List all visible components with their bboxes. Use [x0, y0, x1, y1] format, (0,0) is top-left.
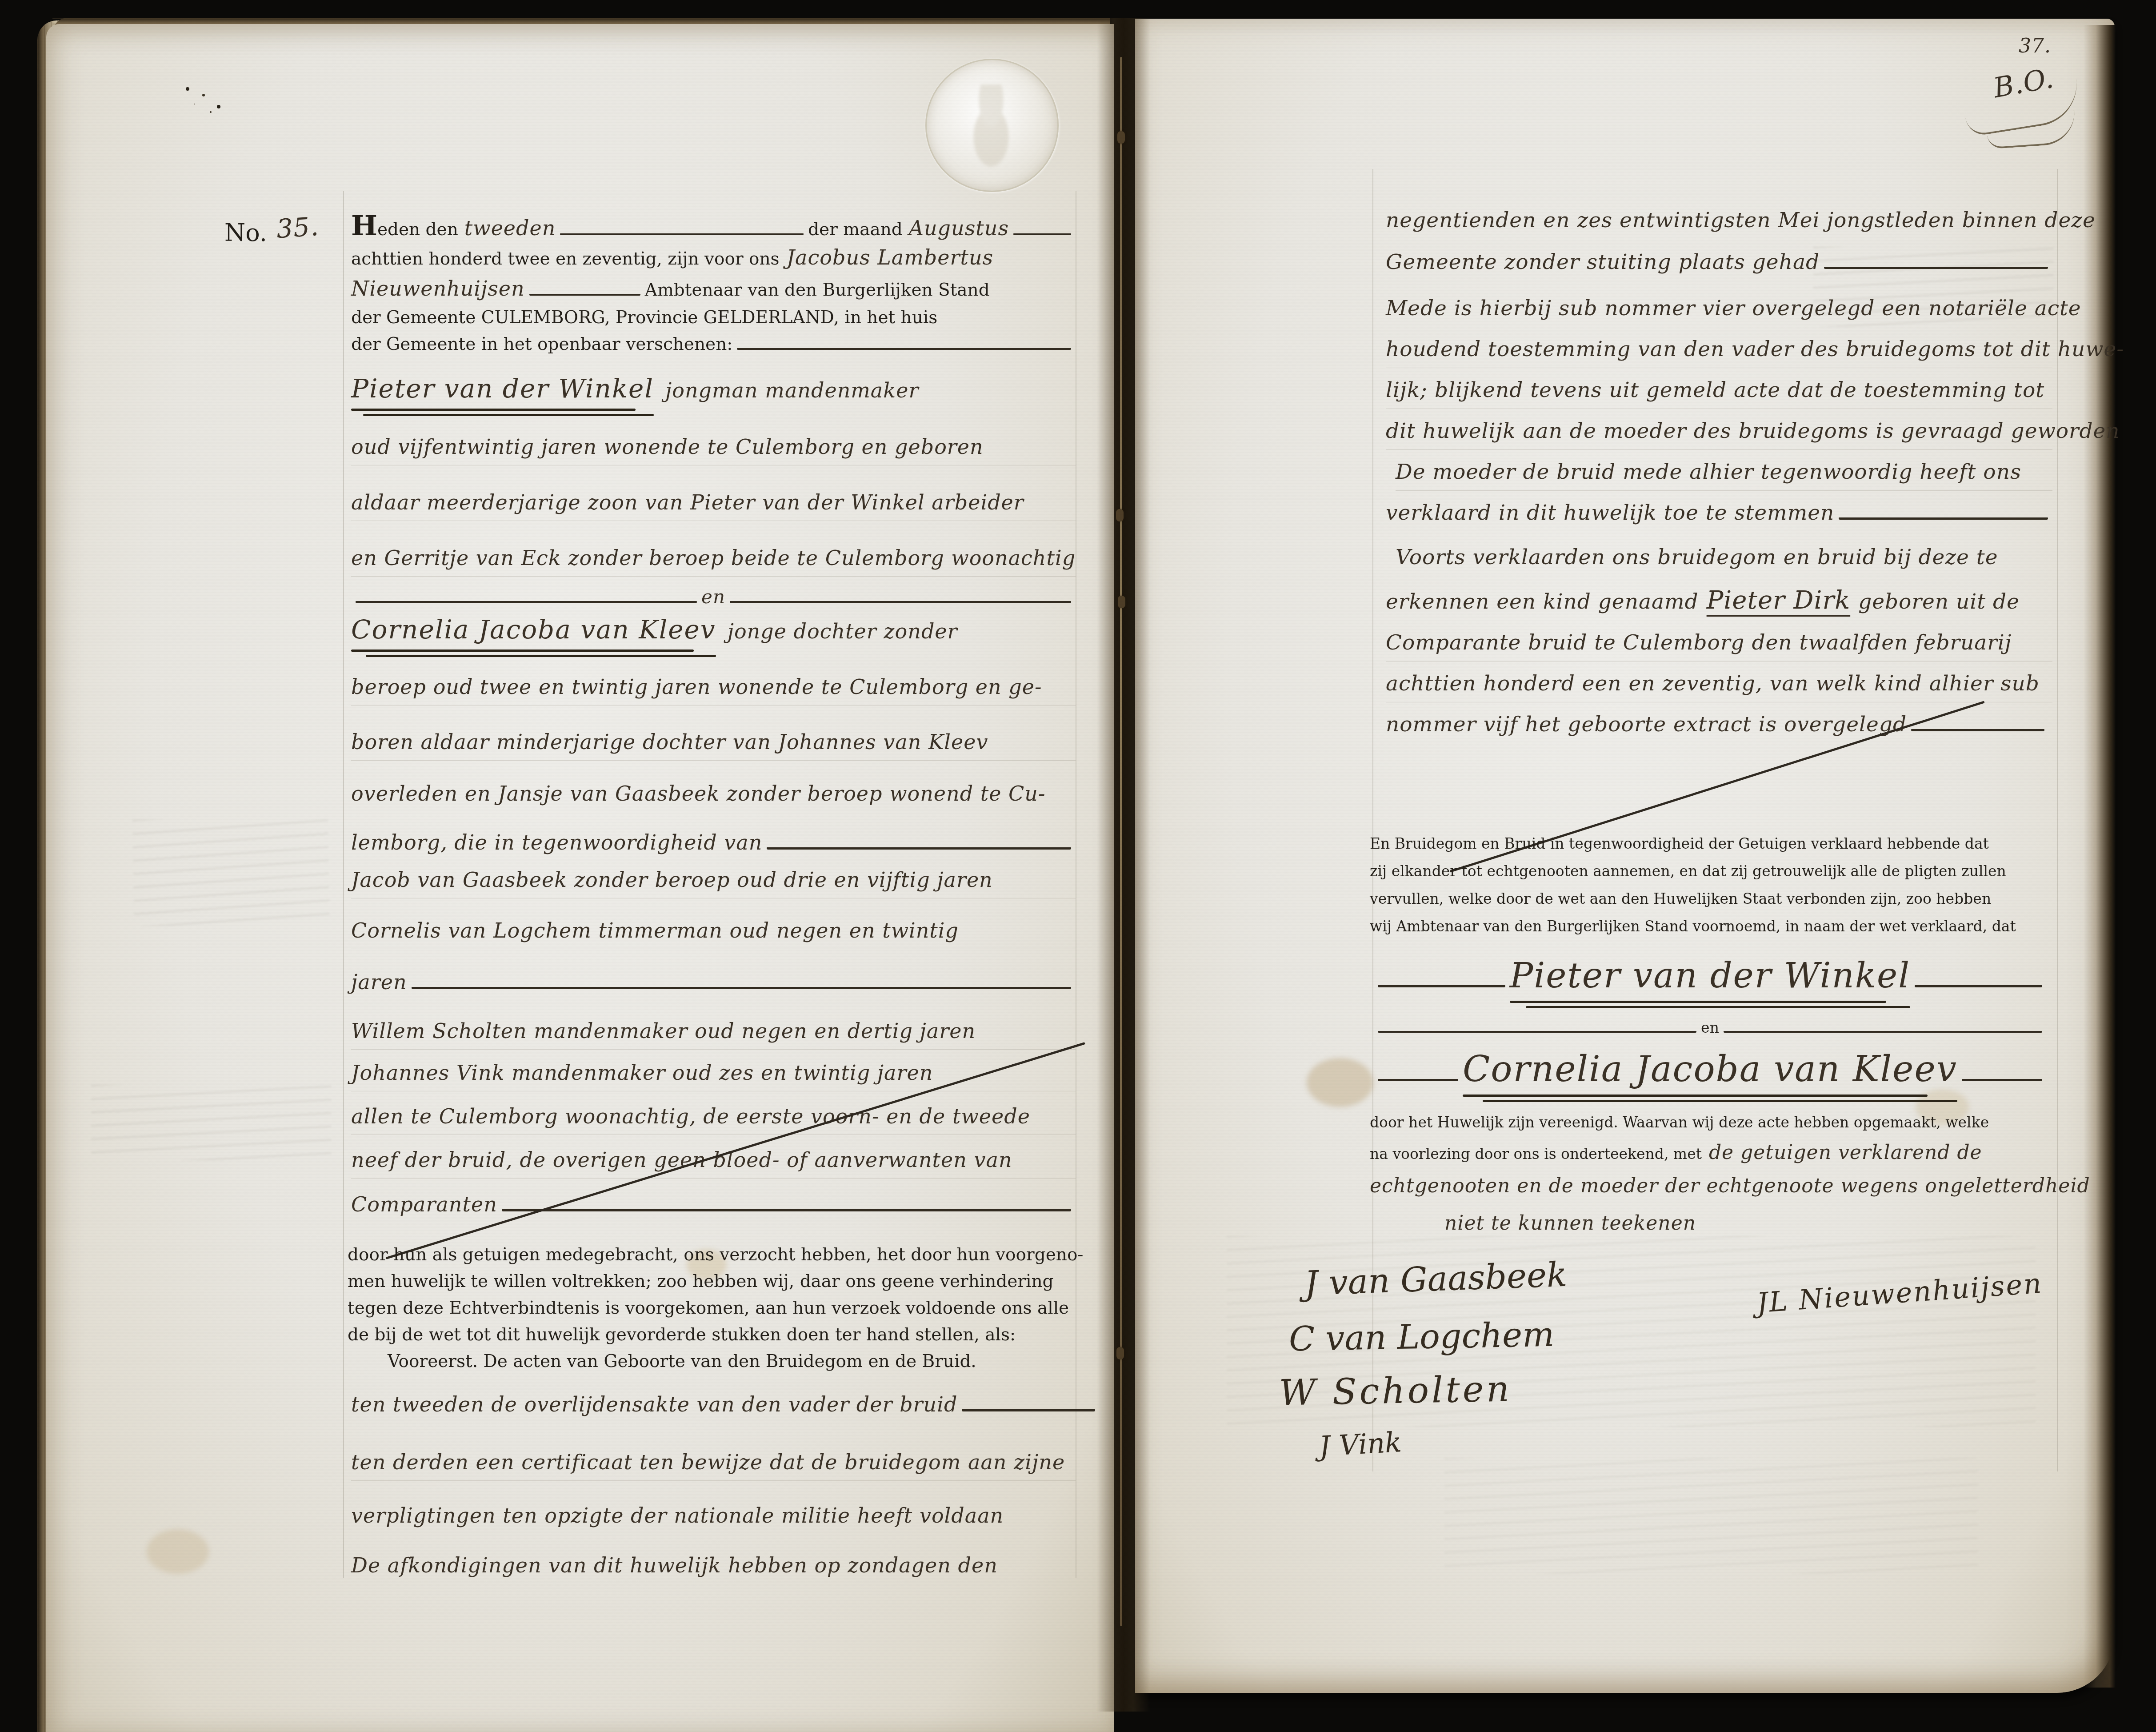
ink-rule — [1013, 233, 1071, 235]
intro-line-5: der Gemeente in het openbaar verschenen: — [351, 334, 1076, 354]
consent-line: houdend toestemming van den vader des br… — [1386, 337, 2052, 368]
documents-line: De afkondigingen van dit huwelijk hebben… — [351, 1553, 1076, 1577]
groom-name-declaration: Pieter van der Winkel — [1373, 956, 2047, 996]
printed-text: Ambtenaar van den Burgerlijken Stand — [645, 280, 990, 300]
handwritten-text: jonge dochter zonder — [728, 619, 958, 643]
handwritten-day: tweeden — [464, 216, 556, 240]
handwritten-text: aldaar meerderjarige zoon van Pieter van… — [351, 490, 1024, 514]
printed-text: der Gemeente CULEMBORG, Provincie GELDER… — [351, 308, 937, 328]
handwritten-text: Cornelis van Logchem timmerman oud negen… — [351, 918, 959, 942]
handwritten-registrar-surname: Nieuwenhuijsen — [351, 277, 525, 301]
witness-signature: J Vink — [1318, 1426, 1402, 1463]
binding-thread-knot — [1118, 596, 1125, 608]
stain — [1307, 1058, 1373, 1107]
right-page-outer-edge — [2084, 25, 2116, 1688]
handwritten-text: De moeder de bruid mede alhier tegenwoor… — [1396, 460, 2021, 484]
bleed-through-text — [132, 816, 330, 926]
folio-number: 37. — [2019, 35, 2051, 57]
witness-line: Jacob van Gaasbeek zonder beroep oud dri… — [351, 868, 1076, 898]
ink-specks — [186, 87, 189, 91]
printed-text: door het Huwelijk zijn vereenigd. Waarva… — [1370, 1114, 1989, 1131]
book-gutter — [1097, 18, 1150, 1712]
handwritten-text: echtgenooten en de moeder der echtgenoot… — [1370, 1175, 2090, 1197]
closing-line: door het Huwelijk zijn vereenigd. Waarva… — [1370, 1114, 2050, 1131]
stain — [147, 1529, 209, 1574]
handwritten-text: ten tweeden de overlijdensakte van den v… — [351, 1392, 957, 1416]
handwritten-text: De afkondigingen van dit huwelijk hebben… — [351, 1553, 998, 1577]
ink-rule — [1824, 266, 2048, 269]
witness-line: neef der bruid, de overigen geen bloed- … — [351, 1148, 1076, 1179]
handwritten-text: Jacob van Gaasbeek zonder beroep oud dri… — [351, 868, 993, 892]
connector-line: en — [351, 586, 1076, 608]
printed-text: Heden den — [351, 209, 458, 242]
connector-word: en — [1701, 1019, 1719, 1036]
handwritten-text: verklaard in dit huwelijk toe te stemmen — [1386, 501, 1834, 525]
handwritten-text: Johannes Vink mandenmaker oud zes en twi… — [351, 1061, 933, 1085]
printed-text: der Gemeente in het openbaar verschenen: — [351, 334, 732, 354]
handwritten-text: allen te Culemborg woonachtig, de eerste… — [351, 1104, 1030, 1128]
binding-thread — [1120, 57, 1122, 1626]
bride-name-declaration: Cornelia Jacoba van Kleev — [1373, 1048, 2047, 1090]
handwritten-text: jongman mandenmaker — [665, 378, 919, 402]
groom-line: en Gerritje van Eck zonder beroep beide … — [351, 546, 1076, 577]
handwritten-text: Comparante bruid te Culemborg den twaalf… — [1386, 630, 2012, 655]
vows-printed-line: En Bruidegom en Bruid in tegenwoordighei… — [1370, 835, 2050, 852]
printed-text: na voorlezing door ons is onderteekend, … — [1370, 1145, 1702, 1163]
documents-line: ten tweeden de overlijdensakte van den v… — [351, 1392, 1076, 1416]
form-rule-line — [2057, 169, 2058, 1471]
connector-line: en — [1373, 1019, 2047, 1037]
documents-line: ten derden een certificaat ten bewijze d… — [351, 1450, 1076, 1481]
printed-text: En Bruidegom en Bruid in tegenwoordighei… — [1370, 835, 1989, 852]
handwritten-text: negentienden en zes entwintigsten Mei jo… — [1386, 208, 2096, 233]
handwritten-text: niet te kunnen teekenen — [1444, 1212, 1696, 1235]
witness-line: jaren — [351, 970, 1076, 994]
printed-text: achttien honderd twee en zeventig, zijn … — [351, 249, 780, 269]
consent-line: verklaard in dit huwelijk toe te stemmen — [1386, 501, 2052, 525]
child-recognition-line: nommer vijf het geboorte extract is over… — [1386, 712, 2052, 737]
bleed-through-text — [1444, 1458, 1978, 1574]
handwritten-registrar-firstnames: Jacobus Lambertus — [787, 245, 994, 269]
handwritten-text: jaren — [351, 970, 407, 994]
handwritten-text: houdend toestemming van den vader des br… — [1386, 337, 2124, 361]
intro-line-4: der Gemeente CULEMBORG, Provincie GELDER… — [351, 308, 1076, 328]
child-recognition-line: Comparante bruid te Culemborg den twaalf… — [1386, 630, 2052, 662]
binding-thread-knot — [1116, 509, 1124, 521]
printed-text: tegen deze Echtverbindtenis is voorgekom… — [348, 1298, 1069, 1318]
ink-rule — [1839, 517, 2048, 520]
child-recognition-line: achttien honderd een en zeventig, van we… — [1386, 671, 2052, 702]
handwritten-text: Willem Scholten mandenmaker oud negen en… — [351, 1019, 976, 1043]
handwritten-text: Comparanten — [351, 1192, 497, 1216]
connector-word: en — [701, 586, 725, 608]
handwritten-text: achttien honderd een en zeventig, van we… — [1386, 671, 2040, 696]
vows-printed-line: wij Ambtenaar van den Burgerlijken Stand… — [1370, 918, 2050, 935]
handwritten-text: nommer vijf het geboorte extract is over… — [1386, 712, 1907, 737]
child-name: Pieter Dirk — [1707, 586, 1850, 615]
handwritten-text: verpligtingen ten opzigte der nationale … — [351, 1503, 1004, 1528]
ink-rule — [767, 847, 1071, 850]
handwritten-text: erkennen een kind genaamd — [1386, 589, 1699, 614]
ink-rule — [730, 601, 1071, 603]
printed-text: Vooreerst. De acten van Geboorte van den… — [388, 1351, 976, 1371]
consent-line: dit huwelijk aan de moeder des bruidegom… — [1386, 419, 2052, 450]
intro-line-1: Heden den tweeden der maand Augustus — [351, 209, 1076, 242]
printed-paragraph-line: Vooreerst. De acten van Geboorte van den… — [388, 1351, 1080, 1371]
printed-paragraph-line: tegen deze Echtverbindtenis is voorgekom… — [348, 1298, 1080, 1318]
embossed-seal-crest — [960, 84, 1022, 169]
printed-text: der maand — [808, 220, 903, 240]
printed-text: wij Ambtenaar van den Burgerlijken Stand… — [1370, 918, 2016, 935]
bride-name: Cornelia Jacoba van Kleev — [1463, 1048, 1957, 1090]
bride-line: overleden en Jansje van Gaasbeek zonder … — [351, 782, 1076, 812]
groom-name: Pieter van der Winkel — [351, 373, 654, 404]
consent-line: lijk; blijkend tevens uit gemeld acte da… — [1386, 378, 2052, 409]
printed-paragraph-line: de bij de wet tot dit huwelijk gevorderd… — [348, 1325, 1080, 1345]
ink-rule — [1378, 1078, 1458, 1081]
bleed-through-text — [91, 1085, 331, 1160]
proclamation-line: negentienden en zes entwintigsten Mei jo… — [1386, 208, 2052, 239]
act-number-value: 35. — [276, 211, 320, 244]
handwritten-text: lijk; blijkend tevens uit gemeld acte da… — [1386, 378, 2044, 402]
closing-line: echtgenooten en de moeder der echtgenoot… — [1370, 1175, 2050, 1197]
witness-line: Willem Scholten mandenmaker oud negen en… — [351, 1019, 1076, 1050]
consent-line: De moeder de bruid mede alhier tegenwoor… — [1396, 460, 2052, 491]
binding-thread-knot — [1116, 1347, 1124, 1359]
bride-name: Cornelia Jacoba van Kleev — [351, 614, 716, 645]
closing-line: na voorlezing door ons is onderteekend, … — [1370, 1141, 2050, 1164]
ink-rule — [1724, 1030, 2042, 1033]
bride-line: beroep oud twee en twintig jaren wonende… — [351, 675, 1076, 706]
handwritten-text: lemborg, die in tegenwoordigheid van — [351, 830, 762, 854]
handwritten-text: de getuigen verklarend de — [1709, 1141, 1982, 1164]
child-recognition-line: Voorts verklaarden ons bruidegom en brui… — [1396, 545, 2052, 576]
ink-rule — [412, 986, 1071, 989]
ink-rule — [1962, 1078, 2042, 1081]
witness-line: Johannes Vink mandenmaker oud zes en twi… — [351, 1061, 1076, 1091]
ink-rule — [737, 348, 1071, 350]
bride-line: lemborg, die in tegenwoordigheid van — [351, 830, 1076, 854]
ink-rule — [962, 1409, 1095, 1411]
proclamation-line: Gemeente zonder stuiting plaats gehad — [1386, 250, 2052, 274]
groom-line: oud vijfentwintig jaren wonende te Culem… — [351, 435, 1076, 465]
handwritten-text: geboren uit de — [1858, 589, 2020, 614]
ink-rule — [1378, 1030, 1696, 1033]
handwritten-text: Voorts verklaarden ons bruidegom en brui… — [1396, 545, 1998, 569]
vows-printed-line: zij elkander tot echtgenooten aannemen, … — [1370, 862, 2050, 880]
handwritten-text: overleden en Jansje van Gaasbeek zonder … — [351, 782, 1045, 806]
groom-line: aldaar meerderjarige zoon van Pieter van… — [351, 490, 1076, 521]
ink-rule — [560, 233, 804, 235]
handwritten-text: dit huwelijk aan de moeder des bruidegom… — [1386, 419, 2120, 443]
closing-line: niet te kunnen teekenen — [1444, 1212, 2022, 1235]
printed-paragraph-line: men huwelijk te willen voltrekken; zoo h… — [348, 1271, 1080, 1291]
handwritten-text: ten derden een certificaat ten bewijze d… — [351, 1450, 1065, 1474]
bride-name-line: Cornelia Jacoba van Kleev jonge dochter … — [351, 614, 1076, 645]
printed-text: zij elkander tot echtgenooten aannemen, … — [1370, 862, 2006, 880]
witness-signature: W Scholten — [1279, 1368, 1512, 1413]
printed-text: vervullen, welke door de wet aan den Huw… — [1370, 890, 1991, 907]
form-rule-line — [343, 191, 344, 1578]
ink-rule — [1915, 985, 2042, 987]
handwritten-text: Mede is hierbij sub nommer vier overgele… — [1386, 296, 2081, 321]
consent-line: Mede is hierbij sub nommer vier overgele… — [1386, 296, 2052, 327]
witness-line: Cornelis van Logchem timmerman oud negen… — [351, 918, 1076, 949]
groom-name: Pieter van der Winkel — [1510, 956, 1910, 996]
bride-line: boren aldaar minderjarige dochter van Jo… — [351, 730, 1076, 761]
printed-paragraph-line: door hun als getuigen medegebracht, ons … — [348, 1245, 1080, 1265]
printed-text: de bij de wet tot dit huwelijk gevorderd… — [348, 1325, 1016, 1345]
printed-text: door hun als getuigen medegebracht, ons … — [348, 1245, 1084, 1265]
handwritten-text: Gemeente zonder stuiting plaats gehad — [1386, 250, 1820, 274]
ink-rule — [1378, 985, 1505, 987]
vows-printed-line: vervullen, welke door de wet aan den Huw… — [1370, 890, 2050, 907]
witness-signature: C van Logchem — [1288, 1315, 1555, 1359]
handwritten-text: en Gerritje van Eck zonder beroep beide … — [351, 546, 1076, 570]
intro-line-3: Nieuwenhuijsen Ambtenaar van den Burgerl… — [351, 277, 1076, 301]
ink-rule — [502, 1209, 1071, 1211]
documents-line: verpligtingen ten opzigte der nationale … — [351, 1503, 1076, 1534]
ink-rule — [356, 601, 697, 603]
handwritten-text: boren aldaar minderjarige dochter van Jo… — [351, 730, 988, 754]
witness-line: allen te Culemborg woonachtig, de eerste… — [351, 1104, 1076, 1135]
handwritten-month: Augustus — [909, 216, 1009, 240]
ink-rule — [1911, 729, 2044, 731]
groom-name-line: Pieter van der Winkel jongman mandenmake… — [351, 373, 1076, 404]
handwritten-text: oud vijfentwintig jaren wonende te Culem… — [351, 435, 984, 459]
handwritten-text: beroep oud twee en twintig jaren wonende… — [351, 675, 1042, 699]
act-number-label: No. — [224, 219, 267, 247]
intro-line-2: achttien honderd twee en zeventig, zijn … — [351, 245, 1076, 269]
ink-rule — [529, 293, 640, 296]
child-recognition-line: erkennen een kind genaamd Pieter Dirk ge… — [1386, 586, 2052, 615]
binding-thread-knot — [1117, 131, 1125, 144]
printed-text: men huwelijk te willen voltrekken; zoo h… — [348, 1271, 1054, 1291]
witness-line: Comparanten — [351, 1192, 1076, 1216]
